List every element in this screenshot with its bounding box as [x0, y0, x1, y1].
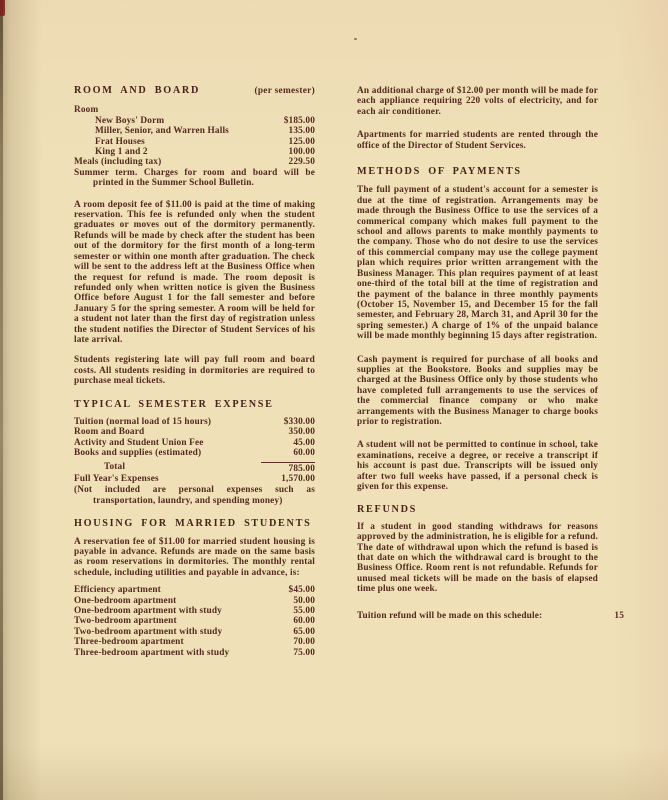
scan-speck: [354, 38, 357, 40]
fee-label: Two-bedroom apartment with study: [74, 627, 222, 637]
page-number: 15: [614, 611, 624, 621]
section-heading-methods-of-payments: METHODS OF PAYMENTS: [357, 167, 598, 177]
apartments-rented-paragraph: Apartments for married students are rent…: [357, 130, 598, 151]
past-due-paragraph: A student will not be permitted to conti…: [357, 440, 598, 492]
fee-row-tuition: Tuition (normal load of 15 hours) $330.0…: [74, 417, 315, 427]
fee-row-three-bedroom-study: Three-bedroom apartment with study 75.00: [74, 648, 315, 658]
fee-amount: 65.00: [293, 627, 315, 637]
fee-label: Three-bedroom apartment: [74, 637, 184, 647]
fee-amount: 1,570.00: [281, 474, 315, 484]
per-semester-note: (per semester): [254, 86, 315, 96]
tuition-refund-schedule-line: Tuition refund will be made on this sche…: [357, 611, 542, 621]
fee-amount: $185.00: [284, 116, 315, 126]
section-heading-refunds: REFUNDS: [357, 505, 598, 515]
fee-row-one-bedroom: One-bedroom apartment 50.00: [74, 596, 315, 606]
fee-row-two-bedroom: Two-bedroom apartment 60.00: [74, 616, 315, 626]
fee-label: Full Year's Expenses: [74, 474, 159, 484]
room-group-label: Room: [74, 105, 98, 115]
fee-row-full-year: Full Year's Expenses 1,570.00: [74, 474, 315, 484]
fee-amount: 60.00: [293, 616, 315, 626]
left-column: ROOM AND BOARD (per semester) Room New B…: [74, 86, 315, 800]
fee-amount: 50.00: [293, 596, 315, 606]
only-emphasis: only: [486, 375, 504, 385]
fee-label: Miller, Senior, and Warren Halls: [74, 126, 229, 136]
fee-row-new-boys-dorm: New Boys' Dorm $185.00: [74, 116, 315, 126]
expense-exclusion-note: (Not included are personal expenses such…: [74, 485, 315, 506]
fee-amount: 125.00: [289, 137, 315, 147]
fee-label: One-bedroom apartment with study: [74, 606, 222, 616]
page-content: ROOM AND BOARD (per semester) Room New B…: [74, 86, 598, 800]
married-housing-paragraph: A reservation fee of $11.00 for married …: [74, 537, 315, 579]
summer-term-note: Summer term. Charges for room and board …: [74, 168, 315, 189]
fee-row-king-1-2: King 1 and 2 100.00: [74, 147, 315, 157]
fee-label: Total: [74, 462, 125, 474]
fee-label: Two-bedroom apartment: [74, 616, 177, 626]
full-payment-paragraph: The full payment of a student's account …: [357, 185, 598, 341]
fee-label: King 1 and 2: [74, 147, 148, 157]
fee-label: Activity and Student Union Fee: [74, 438, 204, 448]
fee-label: Efficiency apartment: [74, 585, 161, 595]
fee-label: Room and Board: [74, 427, 144, 437]
fee-amount: 45.00: [293, 438, 315, 448]
scanned-page: ROOM AND BOARD (per semester) Room New B…: [0, 0, 668, 800]
fee-amount: 135.00: [289, 126, 315, 136]
fee-amount: 785.00: [261, 462, 315, 474]
room-group-label-row: Room: [74, 105, 315, 115]
fee-label: Tuition (normal load of 15 hours): [74, 417, 211, 427]
fee-label: Frat Houses: [74, 137, 145, 147]
fee-row-three-bedroom: Three-bedroom apartment 70.00: [74, 637, 315, 647]
fee-label: Three-bedroom apartment with study: [74, 648, 229, 658]
fee-amount: 70.00: [293, 637, 315, 647]
fee-row-miller-senior-warren: Miller, Senior, and Warren Halls 135.00: [74, 126, 315, 136]
fee-row-total: Total 785.00: [74, 462, 315, 474]
tuition-refund-schedule-row: Tuition refund will be made on this sche…: [357, 611, 624, 621]
fee-label: Books and supplies (estimated): [74, 448, 201, 458]
fee-row-room-and-board: Room and Board 350.00: [74, 427, 315, 437]
fee-row-frat-houses: Frat Houses 125.00: [74, 137, 315, 147]
fee-row-two-bedroom-study: Two-bedroom apartment with study 65.00: [74, 627, 315, 637]
fee-row-books-supplies: Books and supplies (estimated) 60.00: [74, 448, 315, 458]
fee-amount: 60.00: [293, 448, 315, 458]
refunds-paragraph: If a student in good standing withdraws …: [357, 522, 598, 595]
fee-amount: 100.00: [289, 147, 315, 157]
fee-amount: 75.00: [293, 648, 315, 658]
section-heading-housing-married-students: HOUSING FOR MARRIED STUDENTS: [74, 519, 315, 529]
book-edge: [0, 0, 3, 800]
fee-row-efficiency-apartment: Efficiency apartment $45.00: [74, 585, 315, 595]
fee-label: Meals (including tax): [74, 157, 161, 167]
room-and-board-heading-row: ROOM AND BOARD (per semester): [74, 86, 315, 96]
fee-row-one-bedroom-study: One-bedroom apartment with study 55.00: [74, 606, 315, 616]
fee-row-meals: Meals (including tax) 229.50: [74, 157, 315, 167]
red-edge-mark: [0, 0, 5, 16]
fee-amount: 350.00: [289, 427, 315, 437]
room-deposit-paragraph: A room deposit fee of $11.00 is paid at …: [74, 200, 315, 346]
fee-amount: $45.00: [289, 585, 315, 595]
fee-amount: $330.00: [284, 417, 315, 427]
fee-label: One-bedroom apartment: [74, 596, 176, 606]
fee-amount: 55.00: [293, 606, 315, 616]
fee-amount: 229.50: [289, 157, 315, 167]
right-column: An additional charge of $12.00 per month…: [357, 86, 598, 800]
section-heading-room-and-board: ROOM AND BOARD: [74, 86, 200, 96]
cash-payment-paragraph: Cash payment is required for purchase of…: [357, 355, 598, 428]
late-registration-paragraph: Students registering late will pay full …: [74, 355, 315, 386]
appliance-charge-paragraph: An additional charge of $12.00 per month…: [357, 86, 598, 117]
fee-label: New Boys' Dorm: [74, 116, 164, 126]
fee-row-activity-union-fee: Activity and Student Union Fee 45.00: [74, 438, 315, 448]
section-heading-typical-semester-expense: TYPICAL SEMESTER EXPENSE: [74, 400, 315, 410]
